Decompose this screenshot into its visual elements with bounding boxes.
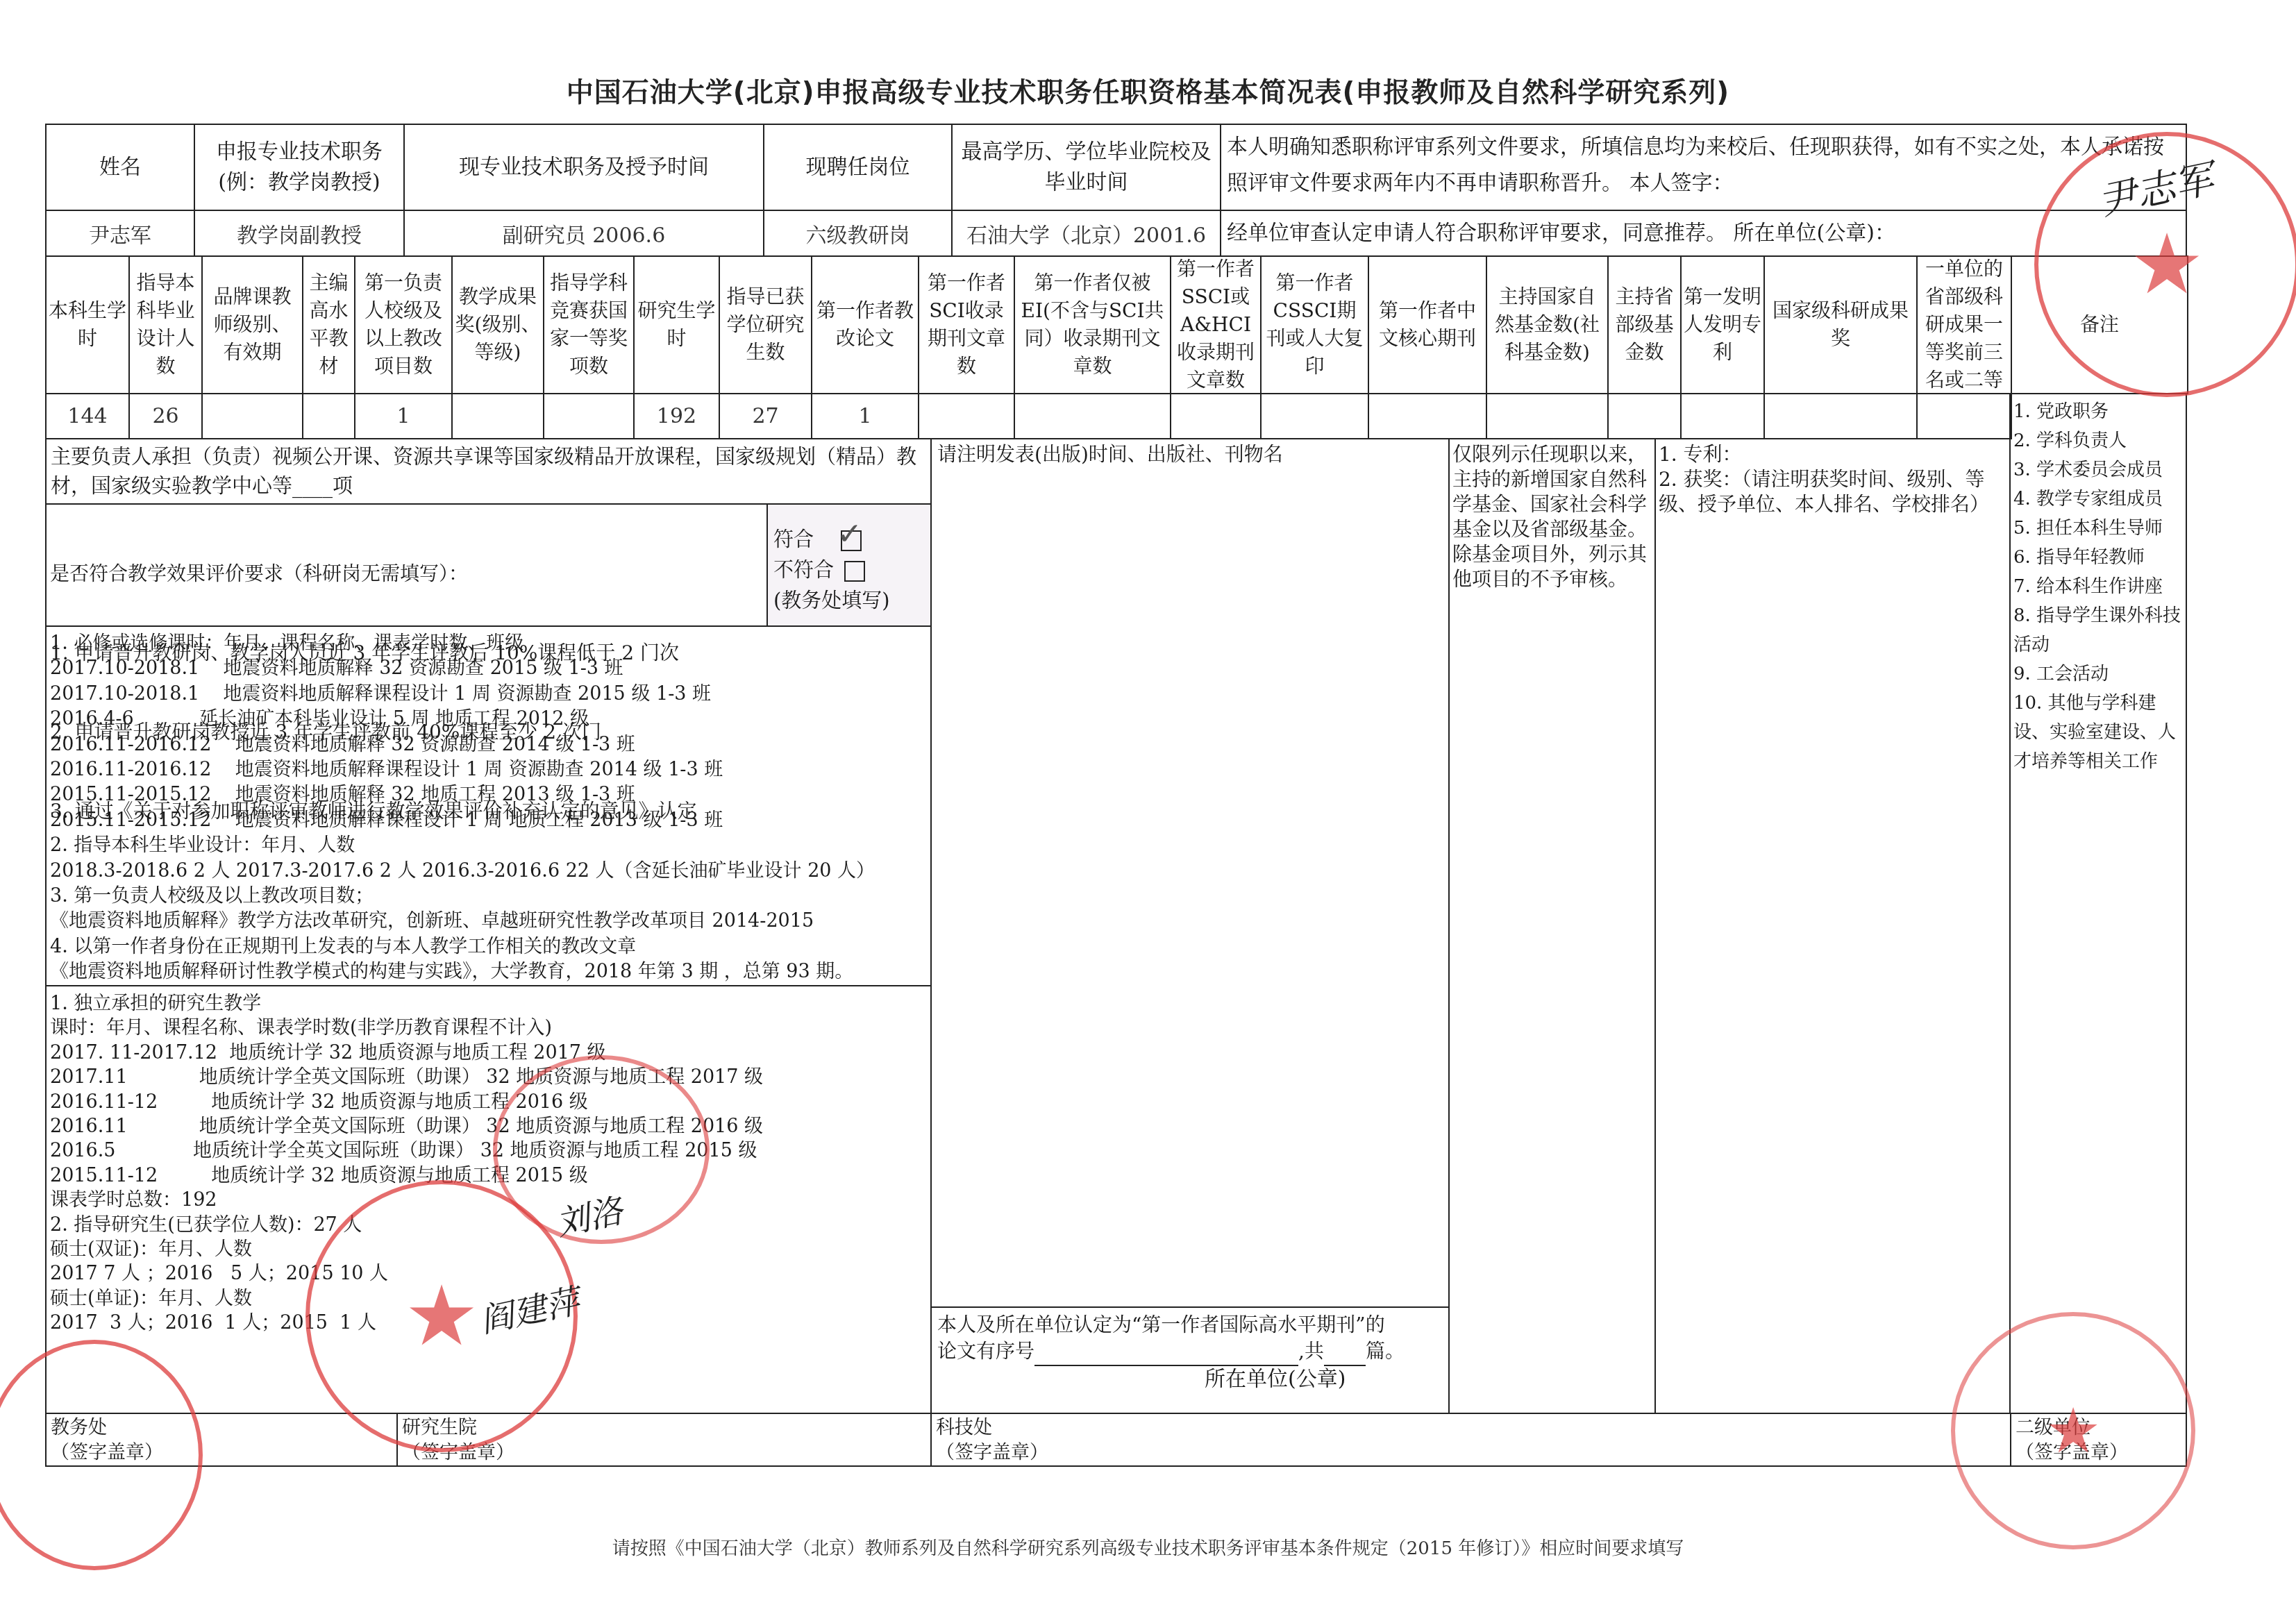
undergrad-line: 2. 指导本科生毕业设计：年月、人数 [50,833,927,858]
header-name: 姓名 [45,124,195,211]
stats-value [201,393,303,439]
grad-line: 2. 指导研究生(已获学位人数)：27 人 [50,1213,927,1237]
undergrad-line: 3. 第一负责人校级及以上教改项目数； [50,884,927,909]
grad-line: 2016.11-12 地质统计学 32 地质资源与地质工程 2016 级 [50,1090,927,1114]
undergrad-line: 2016.11-2016.12 地震资料地质解释课程设计 1 周 资源勘查 20… [50,757,927,782]
stats-value [451,393,544,439]
value-education: 石油大学（北京）2001.6 [951,210,1221,257]
value-position: 教学岗副教授 [194,210,405,257]
stats-header: 第一作者中文核心期刊 [1368,255,1487,394]
stats-value [1014,393,1171,439]
funds-cell: 仅限列示任现职以来，主持的新增国家自然科学基金、国家社会科学基金以及省部级基金。… [1448,438,1656,1414]
funds-instruction: 仅限列示任现职以来，主持的新增国家自然科学基金、国家社会科学基金以及省部级基金。… [1452,443,1647,591]
stats-header: 第一作者CSSCI期刊或人大复印 [1260,255,1369,394]
stats-value: 1 [811,393,919,439]
stats-value [302,393,355,439]
footer-note: 请按照《中国石油大学（北京）教师系列及自然科学研究系列高级专业技术职务评审基本条… [0,1534,2296,1560]
header-current-title: 现专业技术职务及授予时间 [403,124,764,211]
stats-header: 第一作者SSCI或A&HCI收录期刊文章数 [1170,255,1262,394]
signoff-science-office: 科技处（签字盖章） [930,1413,2011,1467]
undergrad-line: 2018.3-2018.6 2 人 2017.3-2017.6 2 人 2016… [50,859,927,884]
stats-value [1486,393,1609,439]
stats-value: 144 [45,393,130,439]
remark-item: 9. 工会活动 [2013,659,2183,689]
stats-header: 第一作者仅被EI(不含与SCI共同）收录期刊文章数 [1014,255,1171,394]
paper-count-field[interactable] [1324,1338,1366,1366]
stats-header: 指导学科竞赛获国家一等奖项数 [543,255,635,394]
grad-line: 2016.11 地质统计学全英文国际班（助课） 32 地质资源与地质工程 201… [50,1114,927,1138]
publications-cell: 请注明发表(出版)时间、出版社、刊物名 [930,438,1450,1308]
stats-value: 1 [354,393,453,439]
undergrad-line: 2016.4-6 延长油矿本科毕业设计 5 周 地质工程 2012 级 [50,707,927,732]
form-title: 中国石油大学(北京)申报高级专业技术职务任职资格基本简况表(申报教师及自然科学研… [0,71,2296,110]
stats-header: 指导已获学位研究生数 [719,255,812,394]
eval-pass-label: 符合 [773,528,814,551]
stats-value [1680,393,1765,439]
remark-item: 7. 给本科生作讲座 [2013,572,2183,601]
value-current-post: 六级教研岗 [763,210,953,257]
eval-note: (教务处填写) [773,585,926,616]
eval-fail-row: 不符合 [773,555,926,585]
undergrad-line: 4. 以第一作者身份在正规期刊上发表的与本人教学工作相关的教改文章 [50,934,927,959]
national-courses-cell: 主要负责人承担（负责）视频公开课、资源共享课等国家级精品开放课程，国家级规划（精… [45,438,932,505]
grad-line: 2017.11 地质统计学全英文国际班（助课） 32 地质资源与地质工程 201… [50,1065,927,1089]
grad-line: 2017. 11-2017.12 地质统计学 32 地质资源与地质工程 2017… [50,1041,927,1065]
stats-header: 学校为第一单位的省部级科研成果一等奖前三名或二等奖第一名 [1916,255,2012,394]
stats-value [1170,393,1262,439]
teaching-eval-text: 是否符合教学效果评价要求（科研岗无需填写）： 1. 申请晋升教研岗、教学岗人员近… [46,505,768,625]
eval-title: 是否符合教学效果评价要求（科研岗无需填写）： [50,561,764,587]
grad-line: 2016.5 地质统计学全英文国际班（助课） 32 地质资源与地质工程 2015… [50,1138,927,1163]
cert-seal: 所在单位(公章) [937,1366,1443,1393]
signoff-academic-affairs: 教务处（签字盖章） [45,1413,398,1467]
value-name: 尹志军 [45,210,195,257]
stats-value [543,393,635,439]
stats-header: 主编高水平教材 [302,255,355,394]
grad-line: 课表学时总数：192 [50,1188,927,1212]
eval-fail-checkbox[interactable] [844,561,865,582]
stats-value [918,393,1015,439]
unit-review-text: 经单位审查认定申请人符合职称评审要求，同意推荐。 所在单位(公章)： [1227,221,1895,245]
stats-header: 主持省部级基金数 [1607,255,1682,394]
stats-value: 27 [719,393,812,439]
remark-item: 10. 其他与学科建设、实验室建设、人才培养等相关工作 [2013,689,2183,776]
undergrad-line: 《地震资料地质解释》教学方法改革研究，创新班、卓越班研究性教学改革项目 2014… [50,909,927,934]
value-current-title: 副研究员 2006.6 [403,210,764,257]
eval-pass-checkbox[interactable]: ✓ [841,530,862,551]
eval-result-box: 符合 ✓ 不符合 (教务处填写) [766,503,932,627]
awards-line: 2. 获奖：（请注明获奖时间、级别、等级、授予单位、本人排名、学校排名） [1659,467,2006,517]
stats-header: 指导本科毕业设计人数 [128,255,203,394]
undergrad-teaching-lines: 1. 必修或选修课时：年月、课程名称、课表学时数、班级2017.10-2018.… [46,628,931,988]
header-education: 最高学历、学位毕业院校及毕业时间 [951,124,1221,211]
stats-header: 第一负责人校级及以上教改项目数 [354,255,453,394]
cert-line1: 本人及所在单位认定为“第一作者国际高水平期刊”的 [937,1312,1443,1338]
remarks-cell: 1. 党政职务2. 学科负责人3. 学术委员会成员4. 教学专家组成员5. 担任… [2009,393,2187,1414]
undergrad-line: 2015.11-2015.12 地震资料地质解释 32 地质工程 2013 级 … [50,782,927,807]
pledge-text: 本人明确知悉职称评审系列文件要求，所填信息均为来校后、任现职获得，如有不实之处，… [1227,135,2164,195]
grad-line: 硕士(双证)：年月、人数 [50,1237,927,1261]
checkmark-icon: ✓ [837,519,862,550]
grad-line: 2017 7 人 ；2016 5 人；2015 10 人 [50,1261,927,1286]
grad-line: 课时：年月、课程名称、课表学时数(非学历教育课程不计入) [50,1016,927,1040]
undergrad-line: 2016.11-2016.12 地震资料地质解释 32 资源勘查 2014 级 … [50,732,927,757]
stats-value: 26 [128,393,203,439]
national-courses-text: 主要负责人承担（负责）视频公开课、资源共享课等国家级精品开放课程，国家级规划（精… [51,445,916,498]
remark-item: 4. 教学专家组成员 [2013,485,2183,514]
unit-review-cell: 经单位审查认定申请人符合职称评审要求，同意推荐。 所在单位(公章)： [1220,210,2187,257]
stats-value: 192 [633,393,720,439]
stats-value [1260,393,1369,439]
stats-header: 第一作者SCI收录期刊文章数 [918,255,1015,394]
undergrad-line: 2015.11-2015.12 地震资料地质解释课程设计 1 周 地质工程 20… [50,808,927,833]
remark-item: 3. 学术委员会成员 [2013,455,2183,485]
remark-item: 6. 指导年轻教师 [2013,543,2183,572]
stats-header: 品牌课教师级别、有效期 [201,255,303,394]
stats-header: 主持国家自然基金数(社科基金数) [1486,255,1609,394]
patents-line: 1. 专利： [1659,442,2006,467]
signoff-graduate-school: 研究生院（签字盖章） [396,1413,932,1467]
undergrad-line: 2017.10-2018.1 地震资料地质解释课程设计 1 周 资源勘查 201… [50,682,927,707]
stats-value [1916,393,2012,439]
undergrad-line: 1. 必修或选修课时：年月、课程名称、课表学时数、班级 [50,631,927,656]
signoff-department: 二级单位（签字盖章） [2010,1413,2187,1467]
stats-header: 教学成果奖(级别、等级) [451,255,544,394]
stats-header: 研究生学时 [633,255,720,394]
stats-header: 本科生学时 [45,255,130,394]
stats-value [1368,393,1487,439]
grad-teaching-lines: 1. 独立承担的研究生教学课时：年月、课程名称、课表学时数(非学历教育课程不计入… [46,989,931,1338]
undergrad-line: 《地震资料地质解释研讨性教学模式的构建与实践》，大学教育，2018 年第 3 期… [50,959,927,984]
remark-item: 1. 党政职务 [2013,397,2183,426]
stats-header: 国家级科研成果奖 [1763,255,1918,394]
undergrad-line: 2017.10-2018.1 地震资料地质解释 32 资源勘查 2015 级 1… [50,656,927,681]
header-current-post: 现聘任岗位 [763,124,953,211]
stats-header: 第一发明人发明专利 [1680,255,1765,394]
eval-fail-label: 不符合 [773,558,834,582]
stats-header: 第一作者教改论文 [811,255,919,394]
grad-line: 2015.11-12 地质统计学 32 地质资源与地质工程 2015 级 [50,1163,927,1188]
paper-numbers-field[interactable] [1034,1338,1298,1366]
eval-pass-row: 符合 ✓ [773,524,926,555]
patents-awards-cell: 1. 专利： 2. 获奖：（请注明获奖时间、级别、等级、授予单位、本人排名、学校… [1654,438,2011,1414]
publications-instruction: 请注明发表(出版)时间、出版社、刊物名 [937,443,1283,466]
cert-line2: 论文有序号 ,共 篇。 [937,1338,1443,1366]
grad-line: 1. 独立承担的研究生教学 [50,991,927,1016]
remark-item: 5. 担任本科生导师 [2013,514,2183,543]
remark-item: 2. 学科负责人 [2013,426,2183,455]
first-author-cert-cell: 本人及所在单位认定为“第一作者国际高水平期刊”的 论文有序号 ,共 篇。 所在单… [930,1306,1450,1414]
stats-value [1607,393,1682,439]
stats-header: 备注 [2011,255,2188,394]
header-position: 申报专业技术职务 (例：教学岗教授) [194,124,405,211]
pledge-cell: 本人明确知悉职称评审系列文件要求，所填信息均为来校后、任现职获得，如有不实之处，… [1220,124,2187,211]
remark-item: 8. 指导学生课外科技活动 [2013,601,2183,659]
stats-value [1763,393,1918,439]
